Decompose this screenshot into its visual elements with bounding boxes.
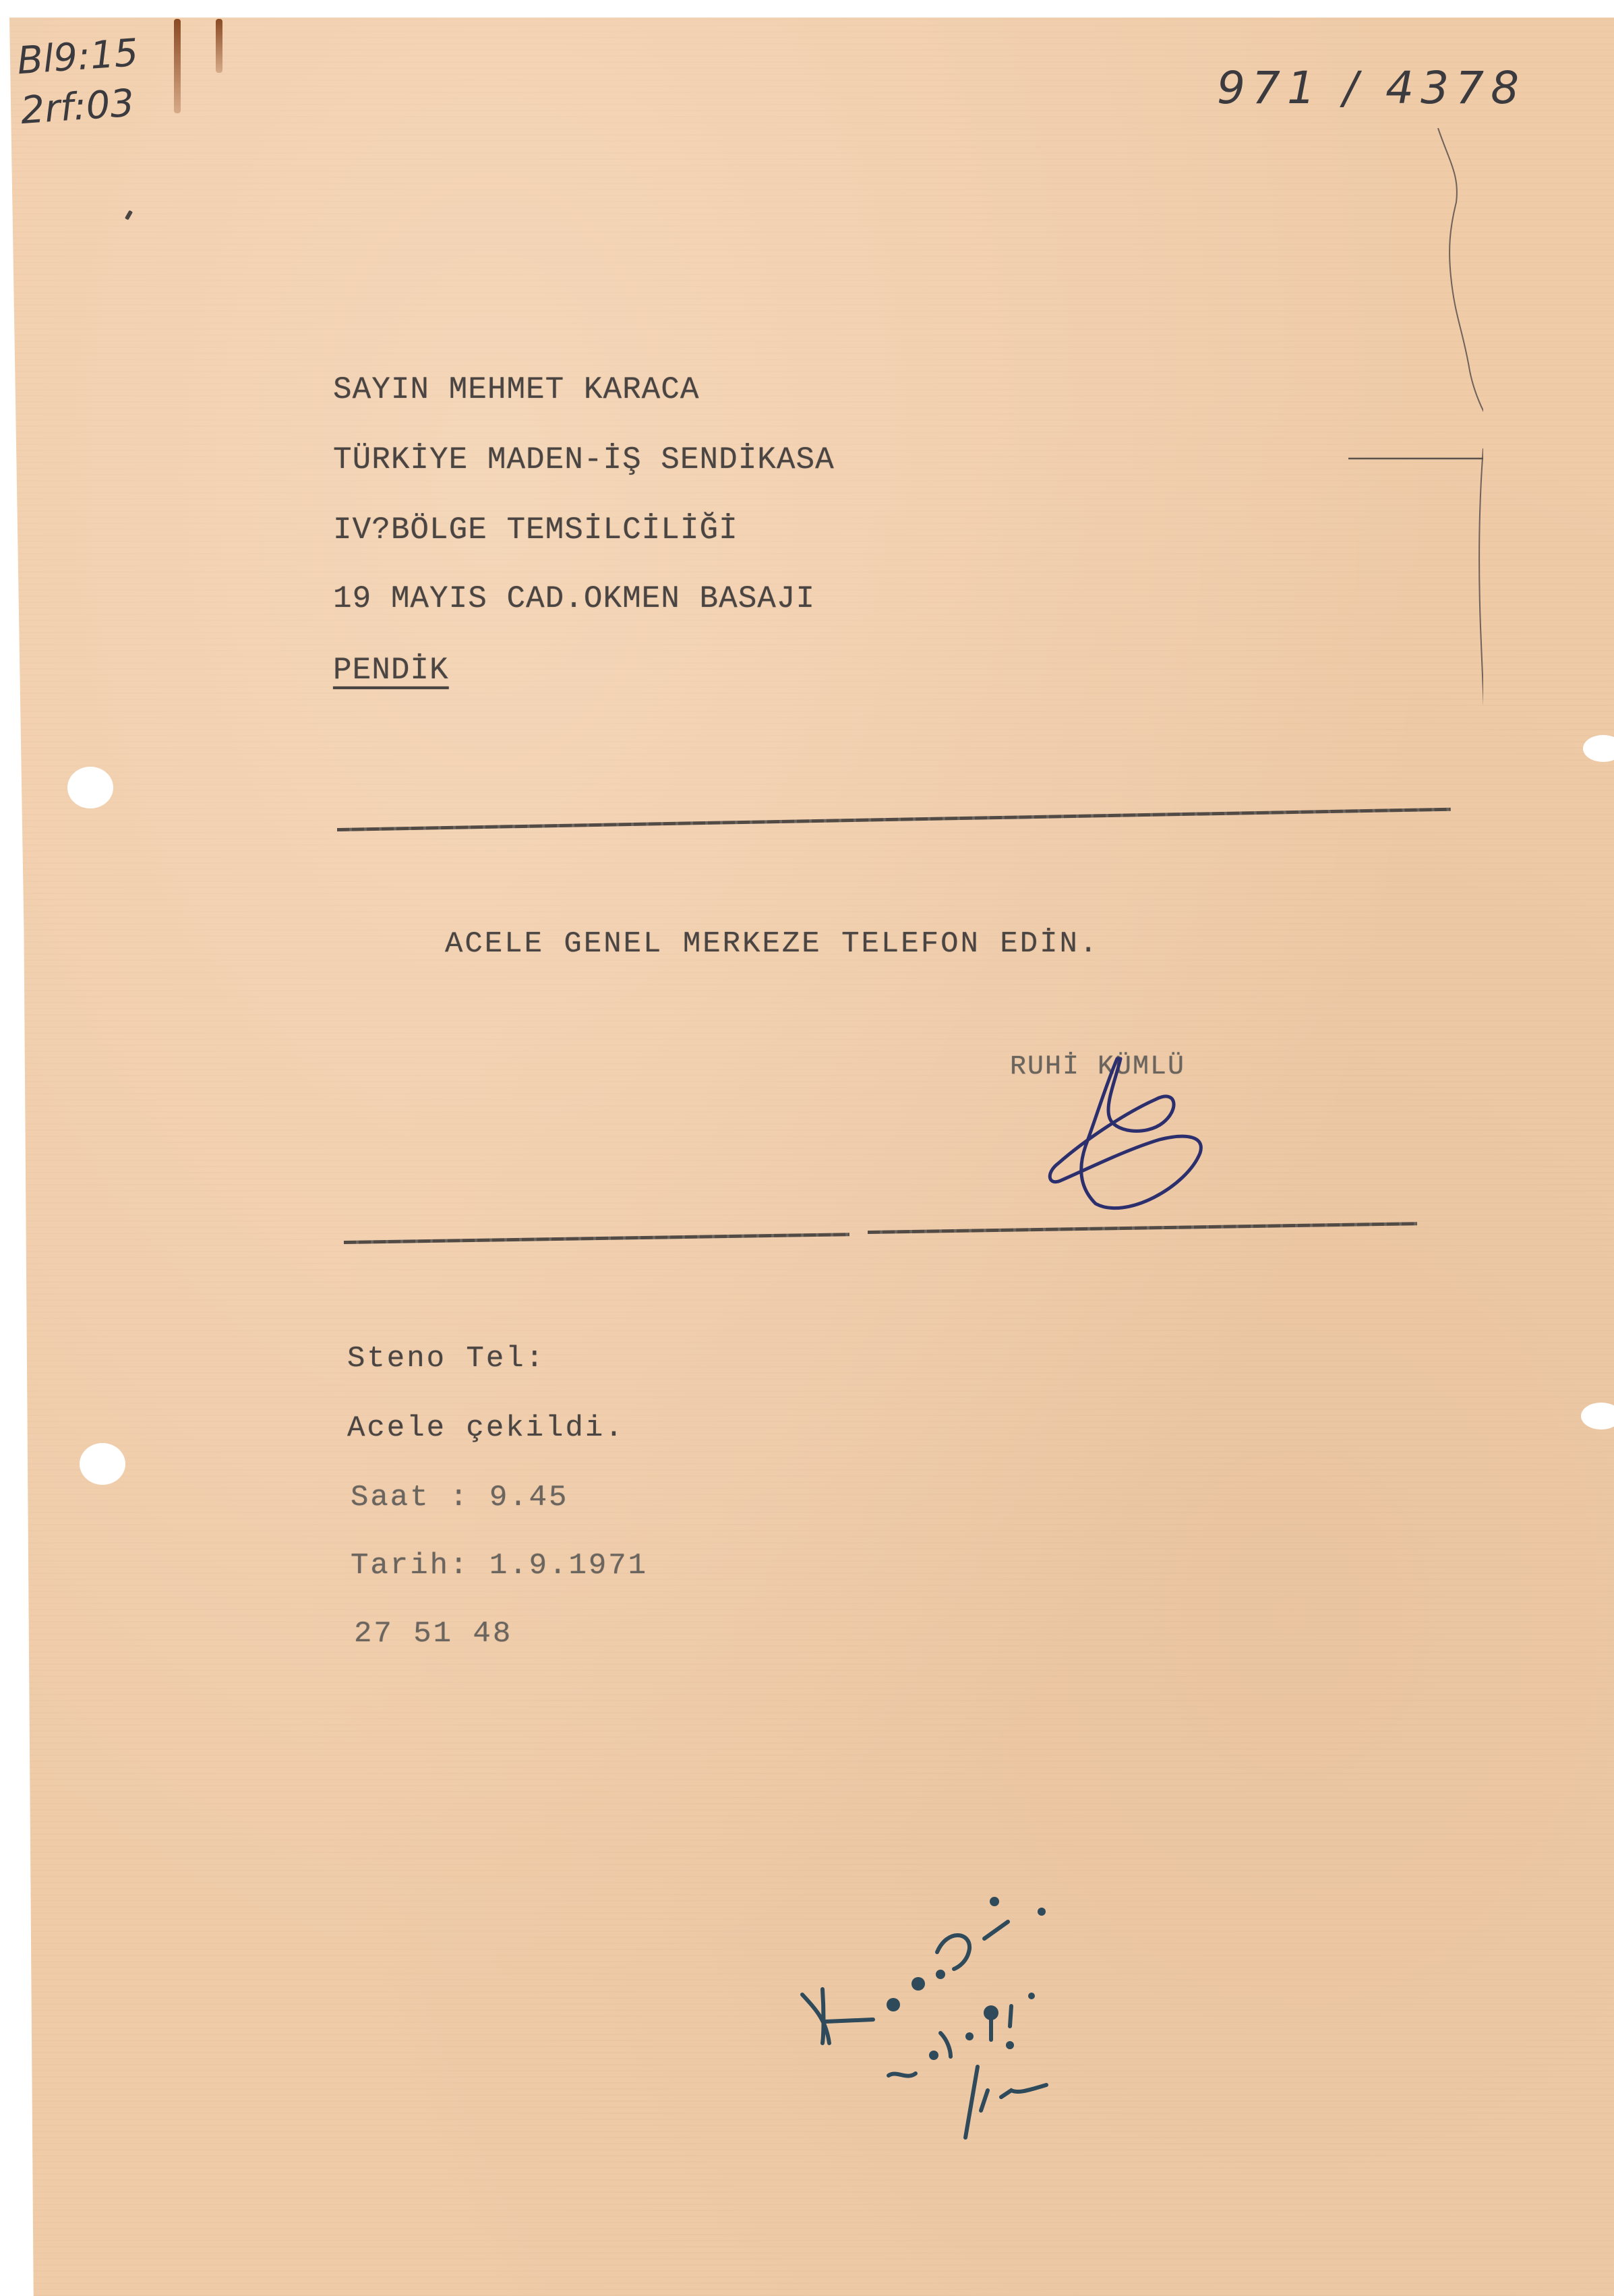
recipient-address: 19 MAYIS CAD.OKMEN BASAJI bbox=[333, 581, 815, 616]
pencil-margin-line bbox=[1348, 115, 1483, 1167]
punch-hole bbox=[80, 1443, 125, 1485]
archive-note-line-2: 2rf:03 bbox=[19, 78, 143, 136]
handwritten-note bbox=[796, 1888, 1112, 2158]
recipient-office: IV?BÖLGE TEMSİLCİLİĞİ bbox=[333, 512, 738, 548]
recipient-city: PENDİK bbox=[333, 653, 449, 688]
steno-status: Acele çekildi. bbox=[347, 1411, 625, 1445]
reference-number: 971 / 4378 bbox=[1217, 62, 1526, 114]
steno-number: 27 51 48 bbox=[354, 1617, 512, 1651]
steno-date: Tarih: 1.9.1971 bbox=[351, 1549, 648, 1583]
punch-hole bbox=[67, 767, 113, 808]
recipient-name: SAYIN MEHMET KARACA bbox=[333, 372, 700, 407]
recipient-organization: TÜRKİYE MADEN-İŞ SENDİKASA bbox=[333, 442, 835, 477]
signature bbox=[1032, 1052, 1207, 1214]
steno-label: Steno Tel: bbox=[347, 1342, 545, 1376]
rust-stain bbox=[216, 19, 222, 73]
archive-pencil-note: Bl9:15 2rf:03 bbox=[16, 28, 144, 136]
rust-stain bbox=[174, 19, 181, 113]
message-body: ACELE GENEL MERKEZE TELEFON EDİN. bbox=[445, 927, 1099, 961]
steno-time: Saat : 9.45 bbox=[351, 1481, 568, 1514]
archive-note-line-1: Bl9:15 bbox=[16, 28, 140, 86]
